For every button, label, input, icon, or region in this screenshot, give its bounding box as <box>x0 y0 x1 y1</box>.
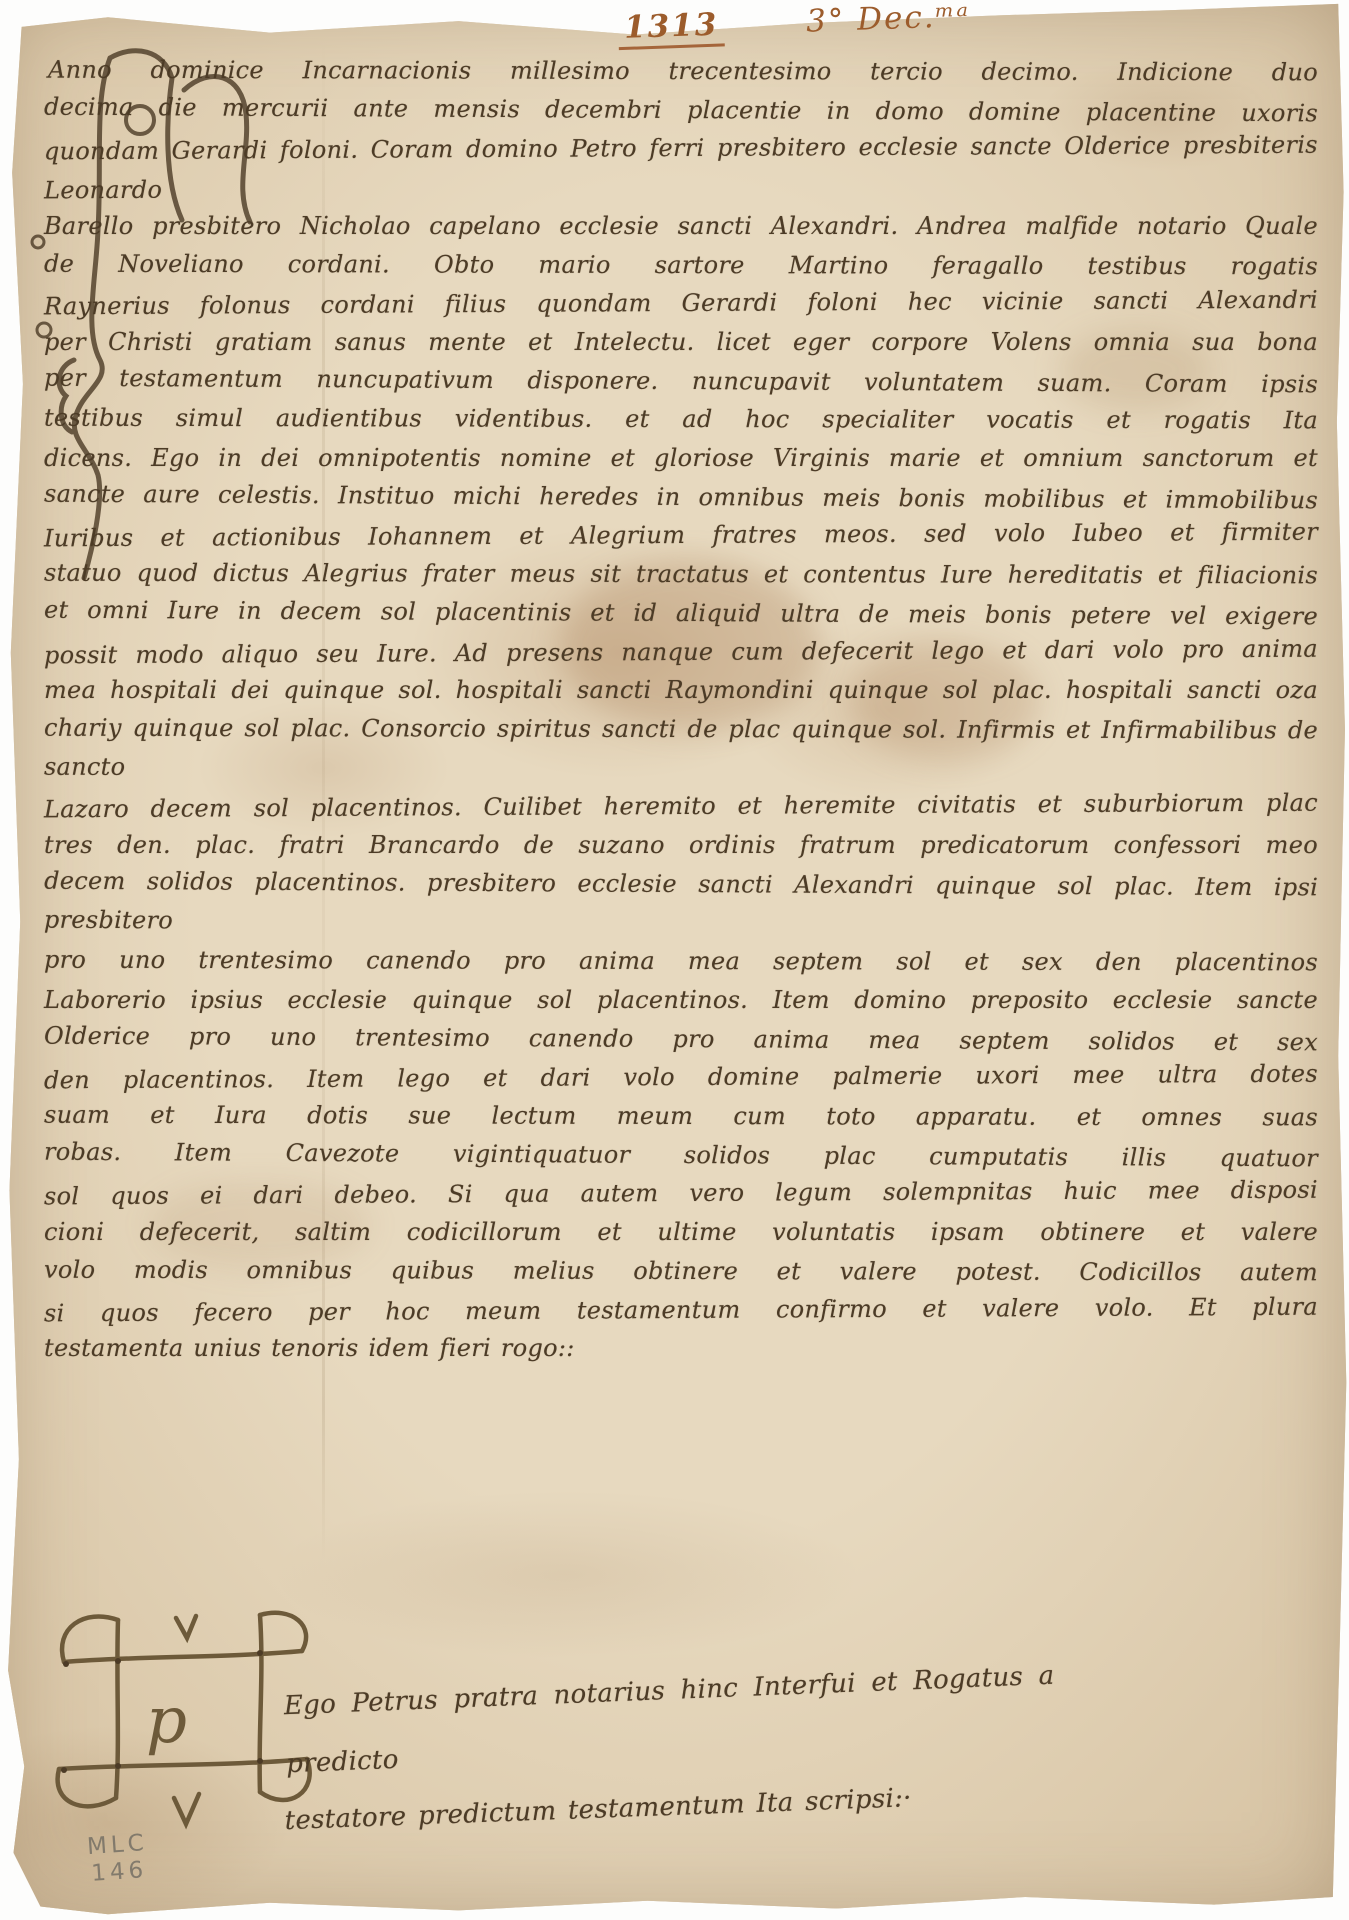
manuscript-line: Raynerius folonus cordani filius quondam… <box>44 281 1318 326</box>
day-month-label: 3° Dec.ᵐᵃ <box>806 0 971 40</box>
manuscript-line: statuo quod dictus Alegrius frater meus … <box>44 554 1318 595</box>
manuscript-line: mea hospitali dei quinque sol. hospitali… <box>44 671 1318 710</box>
manuscript-line: decem solidos placentinos. presbitero ec… <box>44 861 1318 945</box>
manuscript-line: quondam Gerardi foloni. Coram domino Pet… <box>44 126 1318 210</box>
year-label: 1313 <box>617 6 725 50</box>
manuscript-line: pro uno trentesimo canendo pro anima mea… <box>44 941 1318 982</box>
manuscript-line: per testamentum nuncupativum disponere. … <box>44 358 1318 403</box>
manuscript-line: suam et Iura dotis sue lectum meum cum t… <box>44 1096 1318 1137</box>
manuscript-line: possit modo aliquo seu Iure. Ad presens … <box>44 629 1318 674</box>
testament-text: Anno dominice Incarnacionis millesimo tr… <box>44 52 1318 1368</box>
manuscript-line: cioni defecerit, saltim codicillorum et … <box>44 1213 1318 1252</box>
manuscript-line: et omni Iure in decem sol placentinis et… <box>44 591 1318 636</box>
manuscript-line: testamenta unius tenoris idem fieri rogo… <box>44 1329 1318 1368</box>
scanned-manuscript-page: 1313 3° Dec.ᵐᵃ Anno dominice Incarnacion… <box>0 0 1349 1920</box>
manuscript-line: de Noveliano cordani. Obto mario sartore… <box>44 244 1318 285</box>
manuscript-line: Anno dominice Incarnacionis millesimo tr… <box>44 51 1318 92</box>
signum-letter: p <box>146 1684 187 1758</box>
manuscript-line: testibus simul audientibus videntibus. e… <box>44 399 1318 440</box>
manuscript-line: Barello presbitero Nicholao capelano ecc… <box>44 207 1318 246</box>
shelfmark-collection: MLC <box>86 1830 148 1861</box>
manuscript-line: chariy quinque sol plac. Consorcio spiri… <box>44 709 1318 789</box>
shelfmark: MLC 146 <box>86 1830 150 1888</box>
manuscript-line: dicens. Ego in dei omnipotentis nomine e… <box>44 439 1318 478</box>
notary-subscription: Ego Petrus pratra notarius hinc Interfui… <box>279 1646 1061 1852</box>
manuscript-line: Iuribus et actionibus Iohannem et Alegri… <box>44 513 1318 558</box>
manuscript-line: volo modis omnibus quibus melius obtiner… <box>44 1250 1318 1291</box>
manuscript-line: tres den. plac. fratri Brancardo de suza… <box>44 826 1318 865</box>
shelfmark-number: 146 <box>88 1857 150 1888</box>
manuscript-line: si quos fecero per hoc meum testamentum … <box>44 1287 1318 1332</box>
manuscript-line: Lazaro decem sol placentinos. Cuilibet h… <box>44 784 1318 829</box>
manuscript-line: Laborerio ipsius ecclesie quinque sol pl… <box>44 981 1318 1020</box>
manuscript-line: per Christi gratiam sanus mente et Intel… <box>44 323 1318 362</box>
manuscript-line: den placentinos. Item lego et dari volo … <box>44 1055 1318 1100</box>
manuscript-line: sol quos ei dari debeo. Si qua autem ver… <box>44 1171 1318 1216</box>
